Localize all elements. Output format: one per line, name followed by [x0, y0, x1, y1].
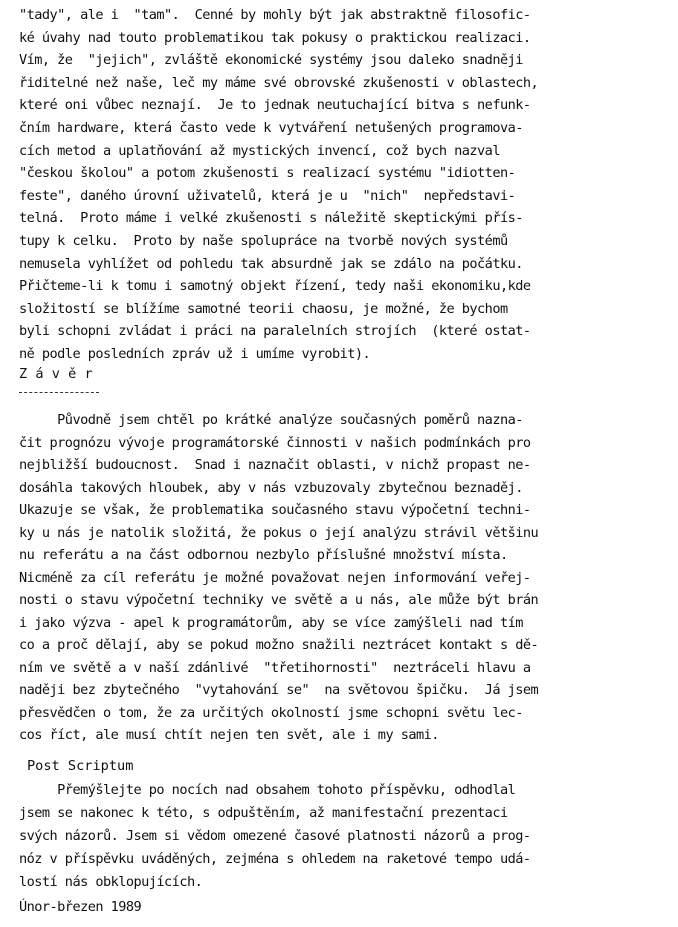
typewritten-page: "tady", ale i "tam". Cenné by mohly být … — [0, 0, 678, 927]
text-line: čním hardware, která často vede k vytvář… — [19, 118, 523, 138]
text-line: naději bez zbytečného "vytahování se" na… — [19, 680, 538, 700]
text-line: co a proč dělají, aby se pokud možno sna… — [19, 635, 538, 655]
text-line: cích metod a uplatňování až mystických i… — [19, 141, 500, 161]
text-line: nemusela vyhlížet od pohledu tak absurdn… — [19, 254, 523, 274]
text-line: čit prognózu vývoje programátorské činno… — [19, 433, 531, 453]
text-line: Vím, že "jejich", zvláště ekonomické sys… — [19, 50, 523, 70]
heading-postscript: Post Scriptum — [27, 756, 133, 776]
text-line: nosti o stavu výpočetní techniky ve svět… — [19, 590, 538, 610]
text-line: nu referátu a na část odbornou nezbylo p… — [19, 545, 508, 565]
text-line: Přemýšlejte po nocích nad obsahem tohoto… — [19, 780, 515, 800]
text-line: složitostí se blížíme samotné teorii cha… — [19, 299, 508, 319]
text-line: svých názorů. Jsem si vědom omezené časo… — [19, 826, 531, 846]
date-line: Únor-březen 1989 — [19, 897, 141, 917]
text-line: ním ve světě a v naší zdánlivé "třetihor… — [19, 658, 531, 678]
heading-underline — [19, 392, 99, 393]
text-line: "českou školou" a potom zkušenosti s rea… — [19, 163, 515, 183]
text-line: Nicméně za cíl referátu je možné považov… — [19, 568, 531, 588]
text-line: ké úvahy nad touto problematikou tak pok… — [19, 28, 531, 48]
text-line: lostí nás obklopujících. — [19, 872, 202, 892]
text-line: které oni vůbec neznají. Je to jednak ne… — [19, 95, 531, 115]
text-line: ně podle posledních zpráv už i umíme vyr… — [19, 344, 370, 364]
text-line: feste", daného úrovní uživatelů, která j… — [19, 186, 515, 206]
text-line: přesvědčen o tom, že za určitých okolnos… — [19, 703, 523, 723]
text-line: řiditelné než naše, leč my máme své obro… — [19, 73, 538, 93]
text-line: tupy k celku. Proto by naše spolupráce n… — [19, 231, 508, 251]
text-line: i jako výzva - apel k programátorům, aby… — [19, 613, 523, 633]
text-line: Původně jsem chtěl po krátké analýze sou… — [19, 410, 523, 430]
text-line: nóz v příspěvku uváděných, zejména s ohl… — [19, 849, 531, 869]
text-line: nejbližší budoucnost. Snad i naznačit ob… — [19, 455, 531, 475]
text-line: telná. Proto máme i velké zkušenosti s n… — [19, 208, 523, 228]
text-line: jsem se nakonec k této, s odpuštěním, až… — [19, 803, 508, 823]
heading-conclusion: Z á v ě r — [19, 364, 93, 384]
text-line: "tady", ale i "tam". Cenné by mohly být … — [19, 5, 531, 25]
text-line: cos říct, ale musí chtít nejen ten svět,… — [19, 725, 439, 745]
text-line: byli schopni zvládat i práci na paraleln… — [19, 321, 531, 341]
text-line: ky u nás je natolik složitá, že pokus o … — [19, 523, 538, 543]
text-line: Přičteme-li k tomu i samotný objekt říze… — [19, 276, 531, 296]
text-line: dosáhla takových hloubek, aby v nás vzbu… — [19, 478, 523, 498]
text-line: Ukazuje se však, že problematika současn… — [19, 500, 531, 520]
